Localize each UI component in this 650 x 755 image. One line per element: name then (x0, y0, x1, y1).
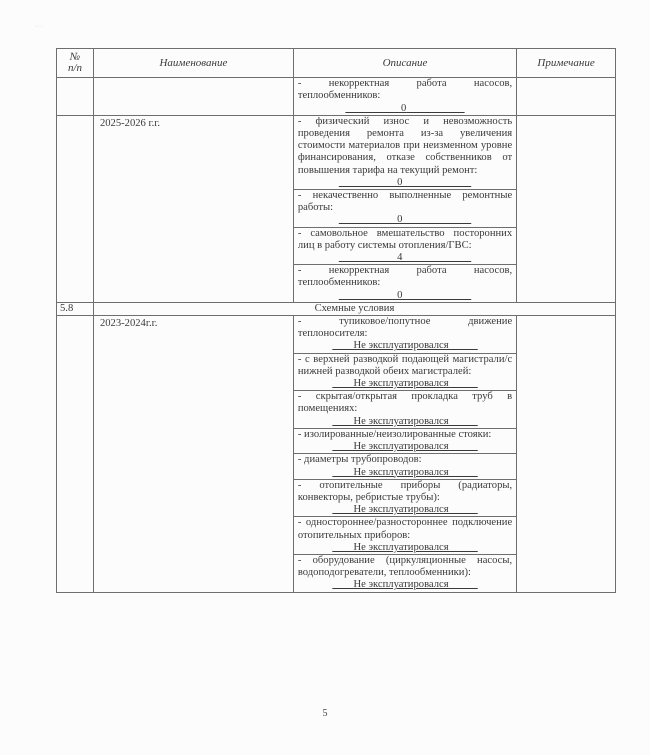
item-value: 0 (339, 214, 471, 225)
list-item: - оборудование (циркуляционные насосы, в… (294, 554, 516, 592)
item-value: 0 (339, 177, 471, 188)
item-text: - некорректная работа насосов, теплообме… (298, 78, 512, 102)
table-row-2023: 2023-2024г.г. - тупиковое/попутное движе… (57, 316, 616, 592)
list-item: - тупиковое/попутное движение теплоносит… (298, 316, 512, 353)
header-name: Наименование (93, 49, 293, 78)
item-text: - самовольное вмешательство посторонних … (298, 228, 512, 252)
item-text: - тупиковое/попутное движение теплоносит… (298, 316, 512, 340)
item-text: - оборудование (циркуляционные насосы, в… (298, 555, 512, 579)
list-item: - физический износ и невозможность прове… (298, 116, 512, 189)
list-item: - некорректная работа насосов, теплообме… (294, 264, 516, 302)
period-items: - физический износ и невозможность прове… (293, 115, 516, 302)
table-header-row: №п/п Наименование Описание Примечание (57, 49, 616, 78)
item-text: - некачественно выполненные ремонтные ра… (298, 190, 512, 214)
conditions-table: №п/п Наименование Описание Примечание - … (56, 48, 616, 593)
period-items: - тупиковое/попутное движение теплоносит… (293, 316, 516, 592)
list-item: - с верхней разводкой подающей магистрал… (294, 353, 516, 391)
list-item: - некачественно выполненные ремонтные ра… (294, 189, 516, 227)
table-row-continuation: - некорректная работа насосов, теплообме… (57, 78, 616, 116)
item-value: Не эксплуатировался (332, 416, 477, 427)
list-item: - отопительные приборы (радиаторы, конве… (294, 479, 516, 517)
list-item: - одностороннее/разностороннее подключен… (294, 516, 516, 554)
item-text: - одностороннее/разностороннее подключен… (298, 517, 512, 541)
item-value: Не эксплуатировался (332, 340, 477, 351)
item-value: 0 (339, 290, 471, 301)
scan-artifact: ·· · (35, 24, 43, 30)
list-item: - изолированные/неизолированные стояки: … (294, 428, 516, 453)
header-description: Описание (293, 49, 516, 78)
list-item: - скрытая/открытая прокладка труб в поме… (294, 390, 516, 428)
item-text: - отопительные приборы (радиаторы, конве… (298, 480, 512, 504)
item-value: Не эксплуатировался (332, 441, 477, 452)
item-text: - некорректная работа насосов, теплообме… (298, 265, 512, 289)
section-title: Схемные условия (93, 302, 615, 315)
item-text: - диаметры трубопроводов: (298, 454, 512, 466)
list-item: - диаметры трубопроводов: Не эксплуатиро… (294, 453, 516, 478)
item-value: 4 (339, 252, 471, 263)
item-value: 0 (345, 103, 464, 114)
item-text: - изолированные/неизолированные стояки: (298, 429, 512, 441)
header-note: Примечание (517, 49, 616, 78)
item-text: - скрытая/открытая прокладка труб в поме… (298, 391, 512, 415)
item-value: Не эксплуатировался (332, 542, 477, 553)
section-row: 5.8 Схемные условия (57, 302, 616, 315)
table-row-2025: 2025-2026 г.г. - физический износ и нево… (57, 115, 616, 302)
item-value: Не эксплуатировался (332, 579, 477, 590)
document-page: ·· · №п/п Наименование Описание Примечан… (0, 0, 650, 755)
page-number: 5 (0, 708, 650, 719)
item-value: Не эксплуатировался (332, 467, 477, 478)
item-value: Не эксплуатировался (332, 378, 477, 389)
period-name: 2025-2026 г.г. (93, 115, 293, 302)
item-text: - с верхней разводкой подающей магистрал… (298, 354, 512, 378)
list-item: - самовольное вмешательство посторонних … (294, 227, 516, 265)
section-number: 5.8 (57, 302, 94, 315)
item-text: - физический износ и невозможность прове… (298, 116, 512, 177)
period-name: 2023-2024г.г. (93, 316, 293, 592)
item-value: Не эксплуатировался (332, 504, 477, 515)
header-number: №п/п (57, 49, 94, 78)
